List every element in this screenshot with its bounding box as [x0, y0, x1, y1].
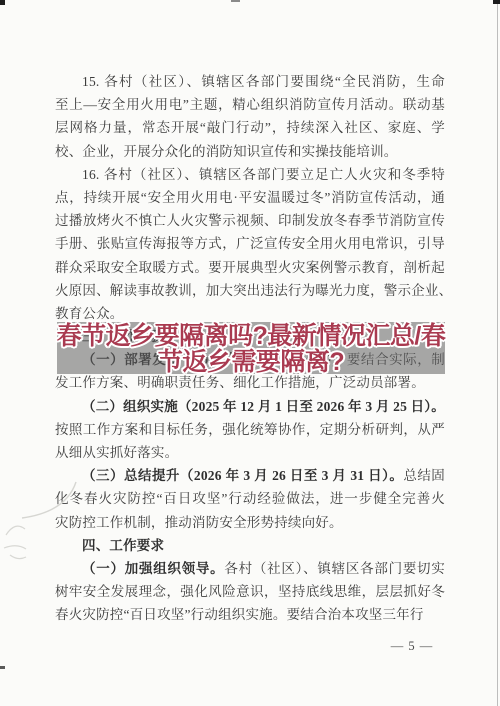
document-line: 化冬春火灾防控“百日攻坚”行动经验做法，进一步健全完善火: [55, 487, 445, 510]
overlay-title-line: 节返乡需要隔离?: [45, 349, 457, 375]
document-line: 点，持续开展“安全用火用电·平安温暖过冬”消防宣传活动，通: [55, 186, 445, 209]
scan-mark-top: [231, 0, 240, 2]
document-line: 校、企业，开展分众化的消防知识宣传和实操技能培训。: [55, 140, 445, 163]
document-line: 群众采取安全取暖方式。要开展典型火灾案例警示教育，剖析起: [55, 256, 445, 279]
pen-marks: [0, 440, 90, 570]
document-line: 至上—安全用火用电”主题，精心组织消防宣传月活动。联动基: [55, 93, 445, 116]
scanned-document-page: 15. 各村（社区）、镇辖区各部门要围绕“全民消防，生命至上—安全用火用电”主题…: [0, 0, 500, 706]
document-line: 按照工作方案和目标任务，强化统筹协作，定期分析研判，从严: [55, 418, 445, 441]
document-line: （三）总结提升（2026 年 3 月 26 日至 3 月 31 日）。总结固: [55, 464, 445, 487]
document-line: 火原因、解读事故教训，加大突出违法行为曝光力度，警示企业、: [55, 279, 445, 302]
document-line: 春火灾防控“百日攻坚”行动组织实施。要结合治本攻坚三年行: [55, 603, 445, 626]
scan-mark-bottom-left: [0, 666, 5, 669]
scan-edge-line: [497, 0, 498, 706]
document-line: 手册、张贴宣传海报等方式，广泛宣传安全用火用电常识，引导: [55, 232, 445, 255]
document-line: 过播放烤火不慎亡人火灾警示视频、印制发放冬春季节消防宣传: [55, 209, 445, 232]
overlay-title: 春节返乡要隔离吗?最新情况汇总/春节返乡需要隔离?: [45, 323, 457, 379]
document-line: 四、工作要求: [55, 534, 445, 557]
scan-corner-mark-top-left: [0, 0, 5, 5]
document-line: 灾防控工作机制，推动消防安全形势持续向好。: [55, 511, 445, 534]
document-line: （一）加强组织领导。各村（社区）、镇辖区各部门要切实: [55, 557, 445, 580]
document-line: 15. 各村（社区）、镇辖区各部门要围绕“全民消防，生命: [55, 70, 445, 93]
document-line: （二）组织实施（2025 年 12 月 1 日至 2026 年 3 月 25 日…: [55, 395, 445, 418]
document-line: 从细从实抓好落实。: [55, 441, 445, 464]
scan-corner-mark-top-right: [493, 0, 500, 4]
overlay-title-line: 春节返乡要隔离吗?最新情况汇总/春: [45, 323, 457, 349]
page-number: — 5 —: [372, 639, 452, 654]
document-line: 树牢安全发展理念，强化风险意识，坚持底线思维，层层抓好冬: [55, 580, 445, 603]
document-line: 16. 各村（社区）、镇辖区各部门要立足亡人火灾和冬季特: [55, 163, 445, 186]
document-line: 层网格力量，常态开展“敲门行动”，持续深入社区、家庭、学: [55, 116, 445, 139]
